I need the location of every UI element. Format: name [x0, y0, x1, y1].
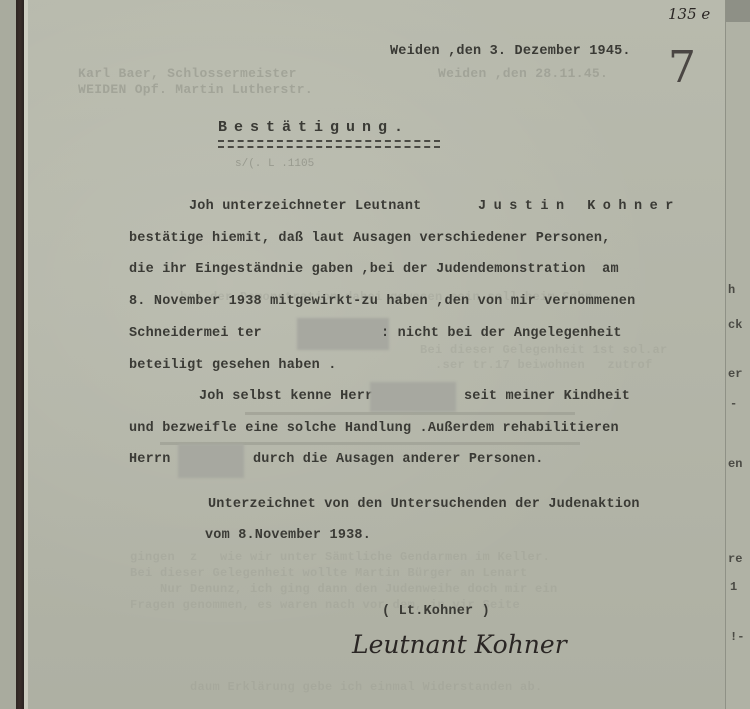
body-line-1-prefix: Joh unterzeichneter Leutnant — [189, 199, 421, 214]
binding-edge — [16, 0, 24, 709]
body-line-11: vom 8.November 1938. — [205, 528, 371, 543]
left-margin — [0, 0, 16, 709]
body-line-7-suffix: seit meiner Kindheit — [464, 389, 630, 404]
body-line-9-prefix: Herrn — [129, 452, 171, 467]
bleed-row: Bei dieser Gelegenheit 1st sol.ar — [420, 343, 668, 357]
margin-fragment: 1 — [730, 580, 737, 594]
bleed-through-line-a: Karl Baer, Schlossermeister — [78, 66, 297, 81]
typed-signature: ( Lt.Kohner ) — [382, 604, 490, 619]
body-line-10: Unterzeichnet von den Untersuchenden der… — [208, 497, 640, 512]
bleed-row: Bei dieser Gelegenheit wollte Martin Bür… — [130, 566, 528, 580]
margin-fragment: ck — [728, 318, 742, 332]
body-line-8: und bezweifle eine solche Handlung .Auße… — [129, 421, 619, 436]
scanned-document-page: Karl Baer, Schlossermeister WEIDEN Opf. … — [0, 0, 750, 709]
redaction-block-2 — [370, 382, 456, 412]
bleed-row: Nur Denunz, ich ging dann den Judenweihe… — [160, 582, 558, 596]
body-line-1-name: Justin Kohner — [478, 199, 681, 214]
body-line-9-suffix: durch die Ausagen anderer Personen. — [253, 452, 544, 467]
faint-stamp-mark: s/(. L .1105 — [235, 158, 314, 170]
margin-fragment: !- — [730, 630, 744, 644]
bleed-through-line-b: WEIDEN Opf. Martin Lutherstr. — [78, 82, 313, 97]
bleed-through-date: Weiden ,den 28.11.45. — [438, 66, 608, 81]
page-number-mark: 7 — [668, 42, 696, 93]
margin-fragment: re — [728, 552, 742, 566]
archive-number: 135 e — [668, 5, 710, 23]
body-line-2: bestätige hiemit, daß laut Ausagen versc… — [129, 231, 610, 246]
bleed-row: gingen z wie wir unter Sämtliche Gendarm… — [130, 550, 550, 564]
body-line-4: 8. November 1938 mitgewirkt-zu haben ,de… — [129, 294, 635, 309]
bleed-row: daum Erklärung gebe ich einmal Widerstan… — [190, 680, 543, 694]
margin-fragment: en — [728, 457, 742, 471]
marking-band — [245, 412, 575, 415]
margin-fragment: - — [730, 397, 737, 411]
place-date-line: Weiden ,den 3. Dezember 1945. — [390, 44, 631, 59]
margin-fragment: er — [728, 367, 742, 381]
body-line-3: die ihr Eingeständnie gaben ,bei der Jud… — [129, 262, 619, 277]
binding-edge-highlight — [24, 0, 28, 709]
body-line-7-prefix: Joh selbst kenne Herr: — [199, 389, 382, 404]
body-line-5-suffix: : nicht bei der Angelegenheit — [381, 326, 622, 341]
margin-fragment: h — [728, 283, 735, 297]
handwritten-signature: Leutnant Kohner — [352, 630, 567, 659]
adjacent-page-corner — [726, 0, 750, 22]
body-line-6: beteiligt gesehen haben . — [129, 358, 337, 373]
redaction-block-3 — [178, 444, 244, 478]
adjacent-page-edge — [725, 0, 750, 709]
title-underline — [218, 140, 440, 148]
body-line-5-prefix: Schneidermei ter — [129, 326, 262, 341]
bleed-row: .ser tr.17 beiwohnen zutrof — [420, 358, 653, 372]
document-title: Bestätigung. — [218, 119, 410, 136]
redaction-block-1 — [297, 318, 389, 350]
